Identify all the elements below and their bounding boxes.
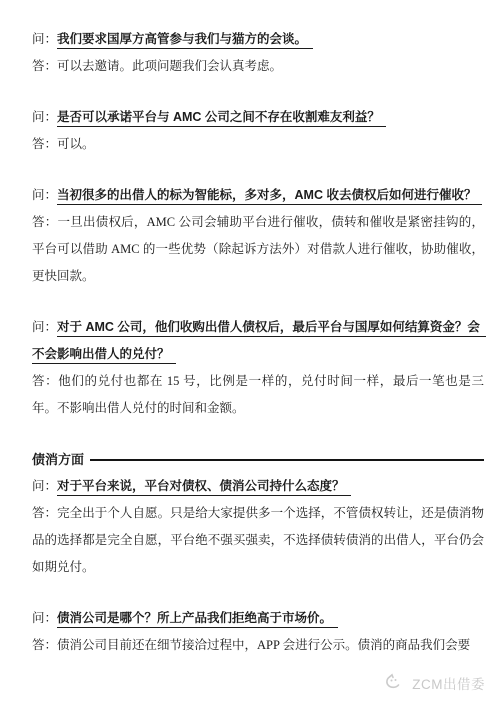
answer-prefix: 答： — [32, 137, 57, 151]
question-line: 问：对于平台来说，平台对债权、债消公司持什么态度？ — [32, 473, 484, 500]
question-prefix: 问： — [32, 32, 57, 46]
watermark-text: ZCM出借委 — [412, 673, 485, 693]
question-text: 当初很多的出借人的标为智能标，多对多，AMC 收去债权后如何进行催收？ — [57, 188, 482, 205]
question-prefix: 问： — [32, 110, 57, 124]
question-line: 问：债消公司是哪个？所上产品我们拒绝高于市场价。 — [32, 605, 484, 632]
document-page: 问：我们要求国厚方高管参与我们与猫方的会谈。 答：可以去邀请。此项问题我们会认真… — [0, 0, 500, 659]
zcm-logo-icon — [384, 673, 408, 693]
answer-prefix: 答： — [32, 374, 58, 388]
answer-prefix: 答： — [32, 59, 57, 73]
question-prefix: 问： — [32, 188, 57, 202]
question-prefix: 问： — [32, 479, 57, 493]
answer-prefix: 答： — [32, 215, 57, 229]
answer-text: 可以。 — [57, 137, 95, 151]
answer-text: 他们的兑付也都在 15 号，比例是一样的，兑付时间一样，最后一笔也是三年。不影响… — [32, 374, 484, 415]
answer-text: 可以去邀请。此项问题我们会认真考虑。 — [57, 59, 282, 73]
section-title: 债消方面 — [32, 446, 84, 473]
question-text: 对于平台来说，平台对债权、债消公司持什么态度？ — [57, 479, 351, 496]
answer-text: 完全出于个人自愿。只是给大家提供多一个选择，不管债权转让，还是债消物品的选择都是… — [32, 506, 484, 574]
question-line: 问：对于 AMC 公司，他们收购出借人债权后，最后平台与国厚如何结算资金？会不会… — [32, 314, 484, 368]
answer-line: 答：债消公司目前还在细节接洽过程中，APP 会进行公示。债消的商品我们会要 — [32, 632, 484, 659]
watermark: ZCM出借委 — [384, 673, 485, 693]
qa-block-1: 问：我们要求国厚方高管参与我们与猫方的会谈。 答：可以去邀请。此项问题我们会认真… — [32, 26, 484, 80]
answer-line: 答：可以去邀请。此项问题我们会认真考虑。 — [32, 53, 484, 80]
question-prefix: 问： — [32, 611, 57, 625]
section-header-debt-cancellation: 债消方面 — [32, 446, 484, 473]
question-text: 是否可以承诺平台与 AMC 公司之间不存在收割难友利益？ — [57, 110, 386, 127]
answer-text: 债消公司目前还在细节接洽过程中，APP 会进行公示。债消的商品我们会要 — [57, 638, 470, 652]
answer-prefix: 答： — [32, 638, 57, 652]
question-text: 债消公司是哪个？所上产品我们拒绝高于市场价。 — [57, 611, 338, 628]
question-line: 问：当初很多的出借人的标为智能标，多对多，AMC 收去债权后如何进行催收？ — [32, 182, 484, 209]
answer-line: 答：他们的兑付也都在 15 号，比例是一样的，兑付时间一样，最后一笔也是三年。不… — [32, 368, 484, 422]
question-text: 对于 AMC 公司，他们收购出借人债权后，最后平台与国厚如何结算资金？会不会影响… — [32, 320, 486, 364]
answer-line: 答：可以。 — [32, 131, 484, 158]
question-text: 我们要求国厚方高管参与我们与猫方的会谈。 — [57, 32, 313, 49]
qa-block-4: 问：对于 AMC 公司，他们收购出借人债权后，最后平台与国厚如何结算资金？会不会… — [32, 314, 484, 422]
question-line: 问：我们要求国厚方高管参与我们与猫方的会谈。 — [32, 26, 484, 53]
section-divider-line — [90, 459, 484, 461]
question-line: 问：是否可以承诺平台与 AMC 公司之间不存在收割难友利益？ — [32, 104, 484, 131]
qa-block-6: 问：债消公司是哪个？所上产品我们拒绝高于市场价。 答：债消公司目前还在细节接洽过… — [32, 605, 484, 659]
answer-line: 答：完全出于个人自愿。只是给大家提供多一个选择，不管债权转让，还是债消物品的选择… — [32, 500, 484, 581]
question-prefix: 问： — [32, 320, 57, 334]
answer-prefix: 答： — [32, 506, 57, 520]
qa-block-5: 问：对于平台来说，平台对债权、债消公司持什么态度？ 答：完全出于个人自愿。只是给… — [32, 473, 484, 581]
answer-line: 答：一旦出债权后，AMC 公司会辅助平台进行催收，债转和催收是紧密挂钩的，平台可… — [32, 209, 484, 290]
qa-block-2: 问：是否可以承诺平台与 AMC 公司之间不存在收割难友利益？ 答：可以。 — [32, 104, 484, 158]
answer-text: 一旦出债权后，AMC 公司会辅助平台进行催收，债转和催收是紧密挂钩的，平台可以借… — [32, 215, 484, 283]
qa-block-3: 问：当初很多的出借人的标为智能标，多对多，AMC 收去债权后如何进行催收？ 答：… — [32, 182, 484, 290]
